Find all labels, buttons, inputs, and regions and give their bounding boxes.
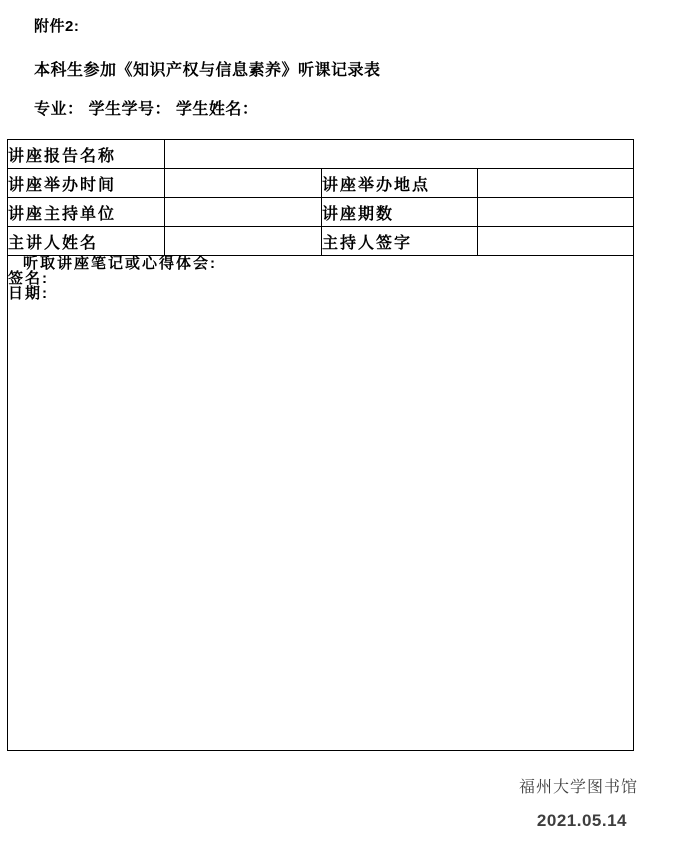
lecture-location-field[interactable] xyxy=(478,169,634,198)
host-unit-label: 讲座主持单位 xyxy=(8,198,165,227)
lecture-record-table: 讲座报告名称 讲座举办时间 讲座举办地点 讲座主持单位 讲座期数 主讲人姓名 主… xyxy=(7,139,634,751)
footer-date: 2021.05.14 xyxy=(537,811,627,831)
host-unit-field[interactable] xyxy=(165,198,322,227)
speaker-name-label: 主讲人姓名 xyxy=(8,227,165,256)
table-row: 主讲人姓名 主持人签字 xyxy=(8,227,634,256)
session-number-field[interactable] xyxy=(478,198,634,227)
date-label: 日期: xyxy=(8,286,633,301)
host-signature-label: 主持人签字 xyxy=(322,227,478,256)
signature-label: 签名: xyxy=(8,271,633,286)
host-signature-field[interactable] xyxy=(478,227,634,256)
table-row: 讲座报告名称 xyxy=(8,140,634,169)
notes-prompt: 听取讲座笔记或心得体会: xyxy=(23,256,633,271)
lecture-time-field[interactable] xyxy=(165,169,322,198)
student-info-line: 专业： 学生学号： 学生姓名： xyxy=(34,96,258,119)
lecture-location-label: 讲座举办地点 xyxy=(322,169,478,198)
table-row: 听取讲座笔记或心得体会: 签名: 日期: xyxy=(8,256,634,751)
lecture-title-field[interactable] xyxy=(165,140,634,169)
form-title: 本科生参加《知识产权与信息素养》听课记录表 xyxy=(34,57,381,80)
document-page: 附件2: 本科生参加《知识产权与信息素养》听课记录表 专业： 学生学号： 学生姓… xyxy=(0,0,696,849)
footer-organization: 福州大学图书馆 xyxy=(519,774,638,797)
lecture-title-label: 讲座报告名称 xyxy=(8,140,165,169)
table-row: 讲座举办时间 讲座举办地点 xyxy=(8,169,634,198)
notes-field[interactable]: 听取讲座笔记或心得体会: 签名: 日期: xyxy=(8,256,634,751)
session-number-label: 讲座期数 xyxy=(322,198,478,227)
speaker-name-field[interactable] xyxy=(165,227,322,256)
attachment-label: 附件2: xyxy=(34,15,79,36)
lecture-time-label: 讲座举办时间 xyxy=(8,169,165,198)
table-row: 讲座主持单位 讲座期数 xyxy=(8,198,634,227)
